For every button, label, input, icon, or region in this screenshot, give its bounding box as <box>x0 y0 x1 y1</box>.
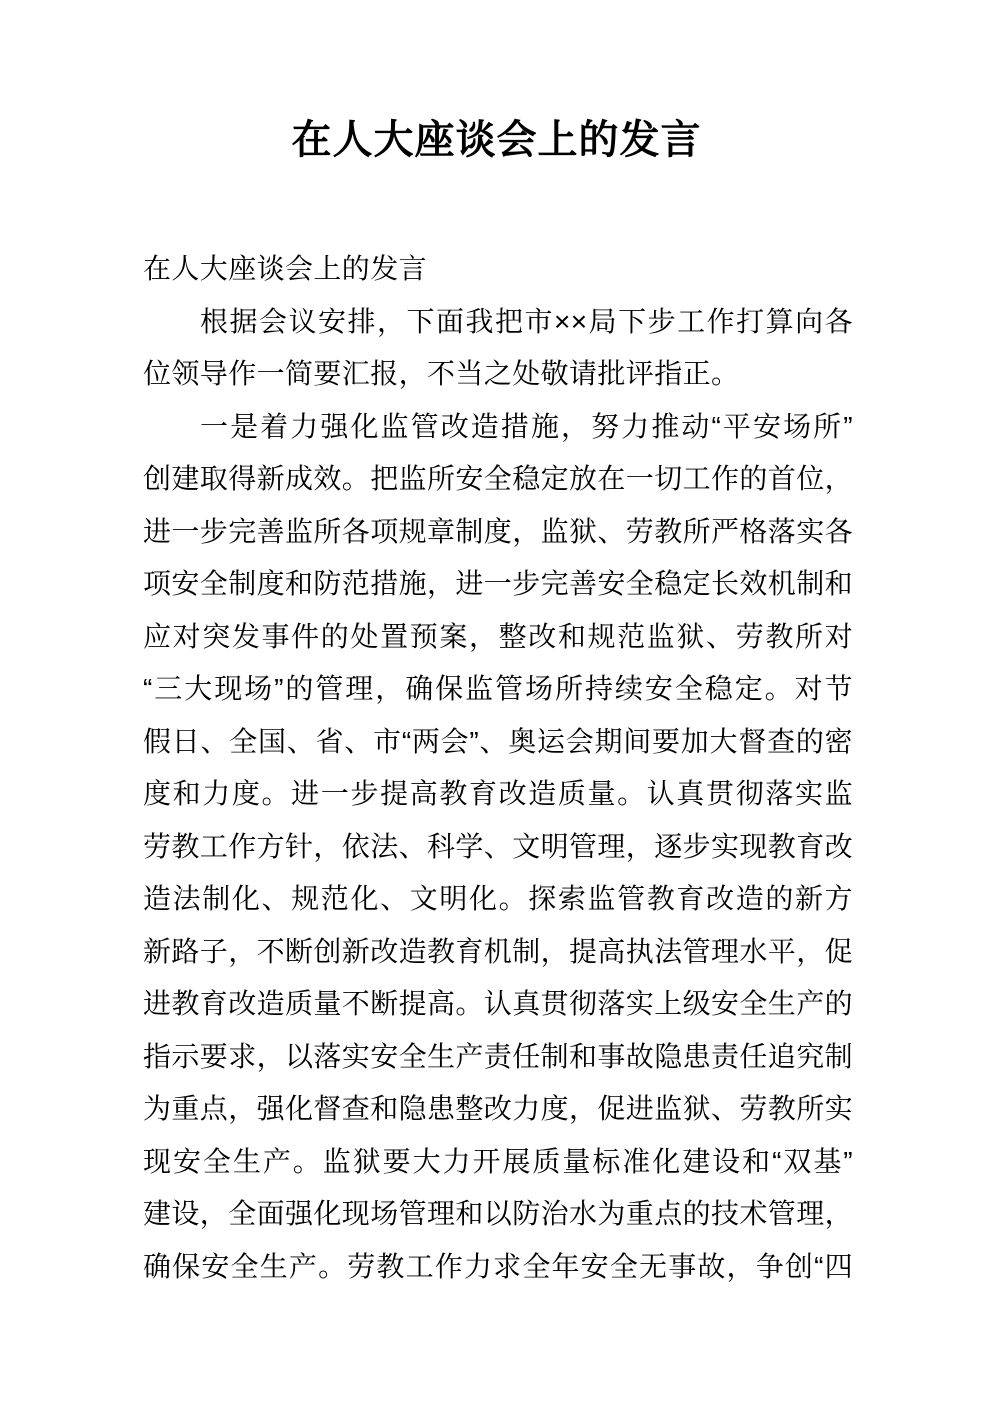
text-line: 项安全制度和防范措施，进一步完善安全稳定长效机制和 <box>143 558 853 611</box>
text-line: 在人大座谈会上的发言 <box>143 243 853 296</box>
text-line: 造法制化、规范化、文明化。探索监管教育改造的新方法、 <box>143 873 853 926</box>
text-line: 建设，全面强化现场管理和以防治水为重点的技术管理， <box>143 1188 853 1241</box>
text-line: 应对突发事件的处置预案，整改和规范监狱、劳教所对 <box>143 611 853 664</box>
document-body: 在人大座谈会上的发言 根据会议安排，下面我把市××局下步工作打算向各 位领导作一… <box>143 243 853 1293</box>
text-line: 位领导作一简要汇报，不当之处敬请批评指正。 <box>143 348 853 401</box>
text-line: 度和力度。进一步提高教育改造质量。认真贯彻落实监狱、 <box>143 768 853 821</box>
text-line: 新路子，不断创新改造教育机制，提高执法管理水平，促 <box>143 926 853 979</box>
text-line: 现安全生产。监狱要大力开展质量标准化建设和“双基” <box>143 1136 853 1189</box>
text-line: 根据会议安排，下面我把市××局下步工作打算向各 <box>143 296 853 349</box>
document-title: 在人大座谈会上的发言 <box>0 0 993 165</box>
text-line: 进教育改造质量不断提高。认真贯彻落实上级安全生产的 <box>143 978 853 1031</box>
text-line: 劳教工作方针，依法、科学、文明管理，逐步实现教育改 <box>143 821 853 874</box>
text-line: 指示要求，以落实安全生产责任制和事故隐患责任追究制 <box>143 1031 853 1084</box>
text-line: 假日、全国、省、市“两会”、奥运会期间要加大督查的密 <box>143 716 853 769</box>
text-line: “三大现场”的管理，确保监管场所持续安全稳定。对节 <box>143 663 853 716</box>
text-line: 创建取得新成效。把监所安全稳定放在一切工作的首位， <box>143 453 853 506</box>
text-line: 为重点，强化督查和隐患整改力度，促进监狱、劳教所实 <box>143 1083 853 1136</box>
text-line: 一是着力强化监管改造措施，努力推动“平安场所” <box>143 401 853 454</box>
text-line: 确保安全生产。劳教工作力求全年安全无事故，争创“四 <box>143 1241 853 1294</box>
document-page: 在人大座谈会上的发言 在人大座谈会上的发言 根据会议安排，下面我把市××局下步工… <box>0 0 993 1404</box>
text-line: 进一步完善监所各项规章制度，监狱、劳教所严格落实各 <box>143 506 853 559</box>
